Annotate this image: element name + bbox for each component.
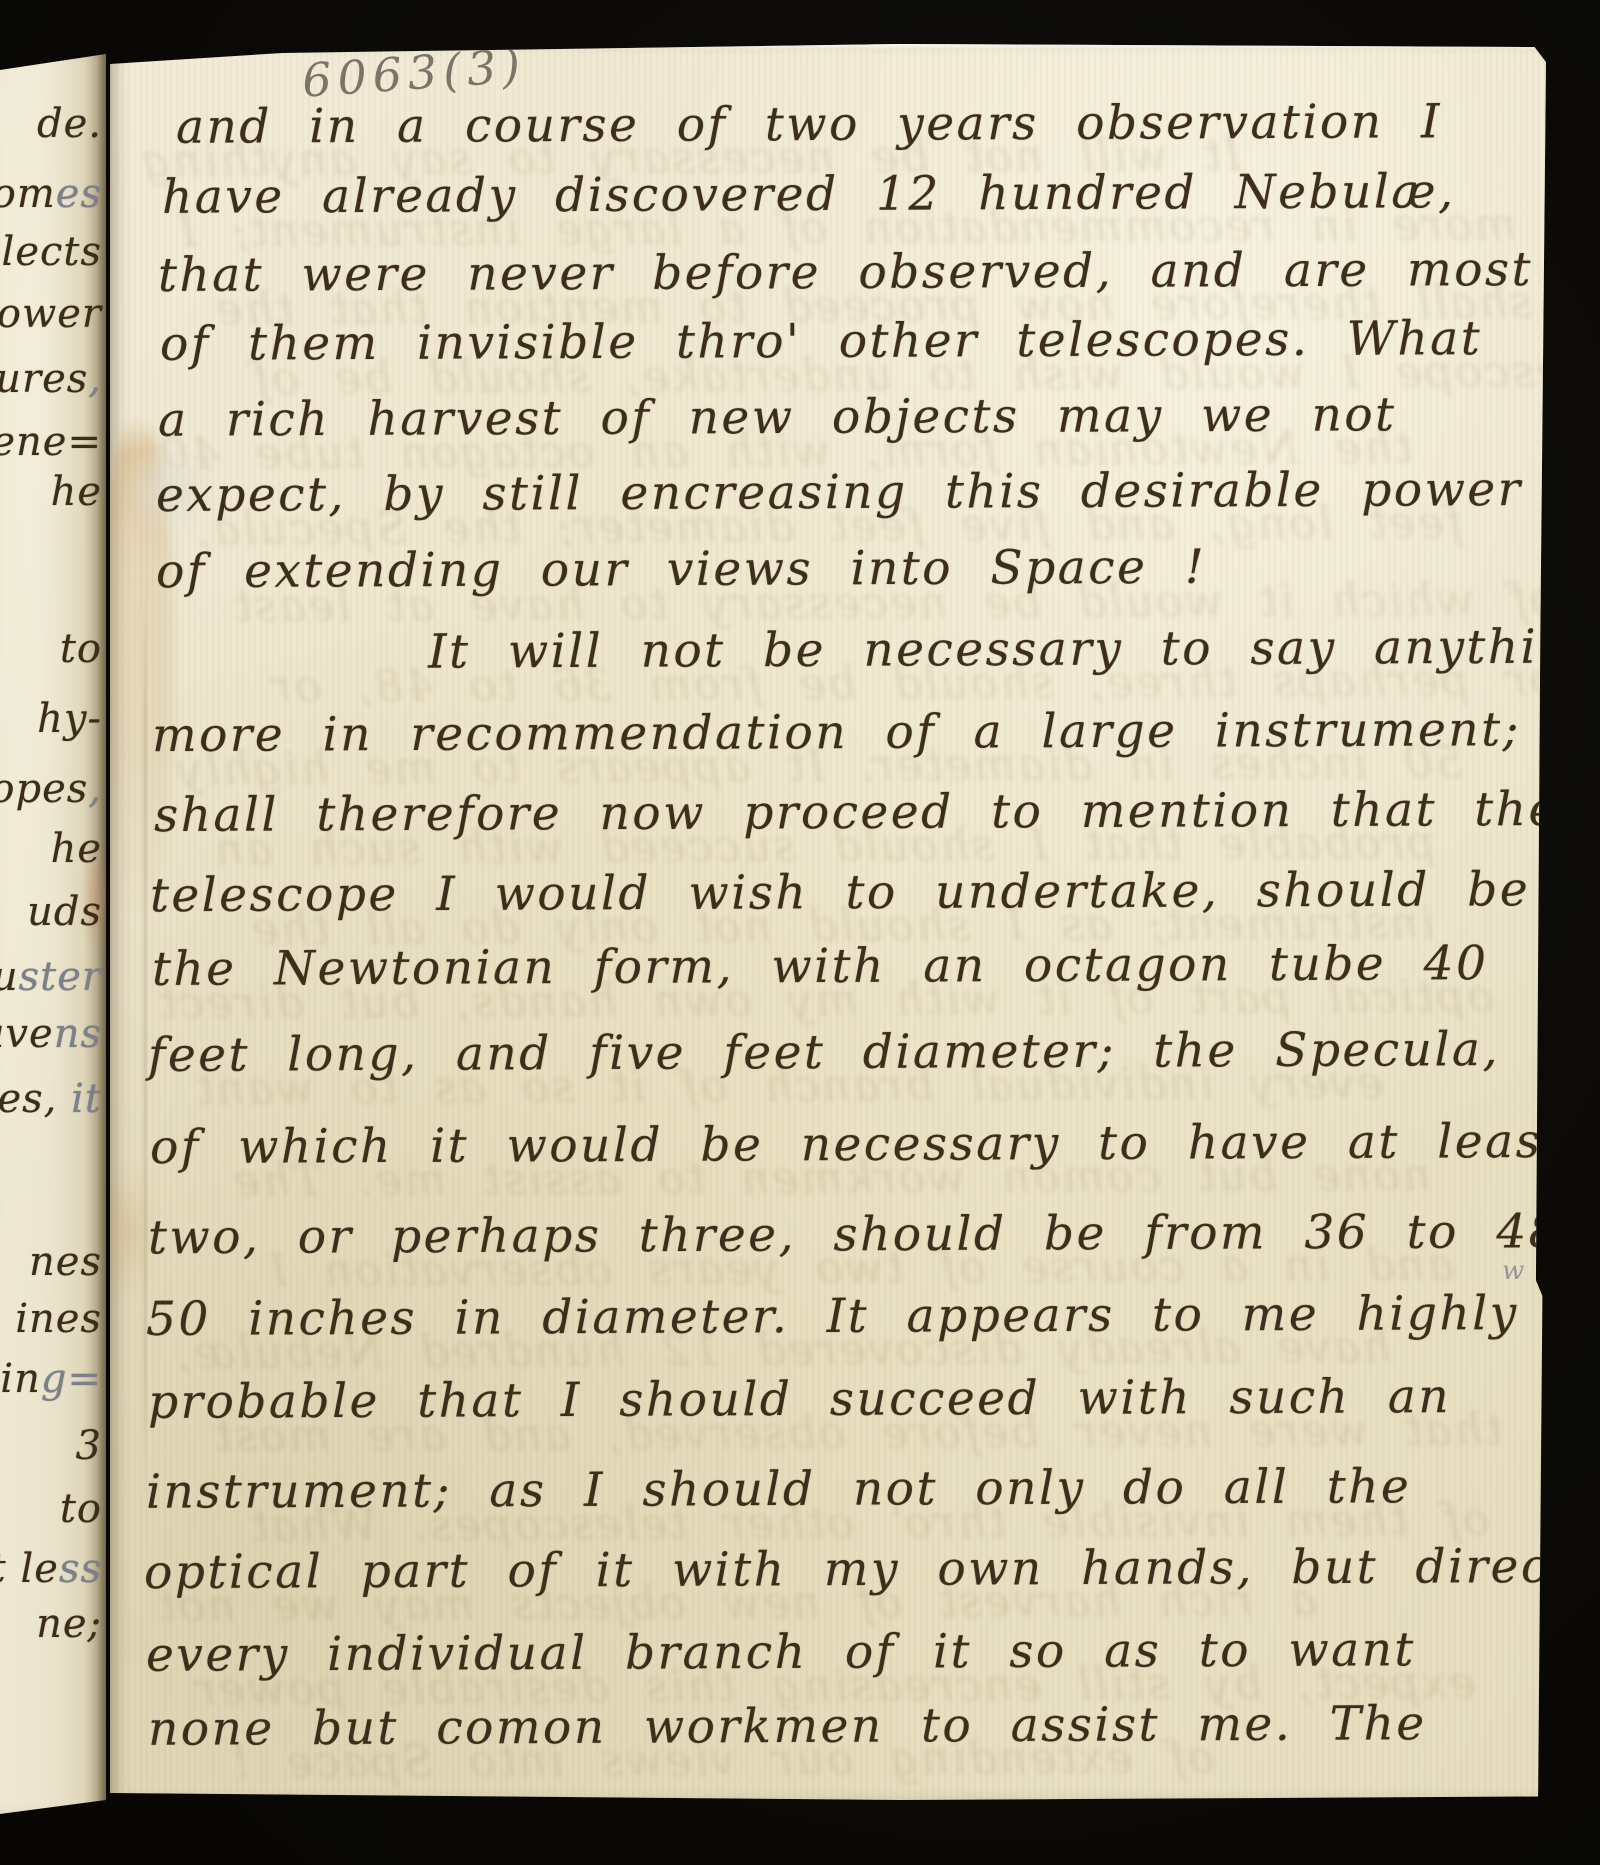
facing-page-word: ines: [15, 1299, 102, 1339]
manuscript-line: two, or perhaps three, should be from 36…: [148, 1208, 1600, 1262]
facing-page-word: rtures,: [0, 359, 102, 399]
facing-page-word-ink: ordin: [0, 1356, 41, 1402]
facing-page-word-pencil: es: [56, 171, 102, 217]
facing-page-word: ot less: [0, 1549, 102, 1589]
facing-page-word-ink: heave: [0, 1011, 54, 1057]
manuscript-line: none but comon workmen to assist me. The: [148, 1700, 1427, 1753]
facing-page-word-pencil: ns: [54, 1011, 102, 1057]
facing-page-word: he: [51, 829, 102, 869]
margin-pencil-mark: w: [1502, 1256, 1524, 1286]
manuscript-line: of which it would be necessary to have a…: [150, 1118, 1564, 1171]
facing-page-word-pencil: it: [57, 1076, 102, 1122]
facing-page-word: es, it: [0, 1079, 102, 1119]
facing-page-word-ink: ne;: [36, 1601, 102, 1647]
facing-page-word: he: [51, 472, 102, 512]
facing-page-word-ink: ollects: [0, 229, 102, 275]
facing-page-word: ording=: [0, 1359, 102, 1399]
manuscript-line: expect, by still encreasing this desirab…: [156, 466, 1523, 519]
facing-page-word: ene=: [0, 422, 102, 462]
facing-page-word: 3: [76, 1426, 102, 1466]
facing-page-word-pencil: ,: [88, 766, 102, 812]
manuscript-line: It will not be necessary to say anything: [428, 623, 1600, 675]
facing-page-word-ink: to: [60, 1486, 102, 1532]
facing-page-word-ink: de.: [37, 101, 102, 147]
manuscript-line: probable that I should succeed with such…: [148, 1373, 1451, 1426]
manuscript-line: shall therefore now proceed to mention t…: [154, 786, 1559, 839]
manuscript-line: of them invisible thro' other telescopes…: [160, 315, 1482, 368]
photo-background: de.becomesollectsowerrtures,ene=hetohy-c…: [0, 0, 1600, 1865]
facing-page-word-ink: he: [51, 469, 102, 515]
facing-page-word-ink: ines: [15, 1296, 102, 1342]
facing-page-word-ink: rtures: [0, 356, 88, 402]
facing-page-word-ink: es,: [0, 1076, 57, 1122]
facing-page-word-ink: ot le: [0, 1546, 59, 1592]
facing-page-word-ink: uds: [27, 889, 102, 935]
facing-page-word-ink: nes: [29, 1239, 102, 1285]
manuscript-line: of extending our views into Space !: [156, 544, 1206, 596]
manuscript-line: every individual branch of it so as to w…: [146, 1626, 1416, 1679]
facing-page-word-pencil: ster: [19, 954, 102, 1000]
facing-page-word-ink: to: [60, 626, 102, 672]
facing-page-word: ower: [0, 294, 102, 334]
facing-page-word-ink: copes: [0, 766, 88, 812]
facing-page-word: to: [60, 1489, 102, 1529]
facing-page-word: to: [60, 629, 102, 669]
facing-page-word-pencil: ss: [59, 1546, 102, 1592]
manuscript-line: 50 inches in diameter. It appears to me …: [146, 1290, 1519, 1343]
manuscript-line: telescope I would wish to undertake, sho…: [150, 866, 1600, 919]
facing-page-word-pencil: ,: [88, 356, 102, 402]
facing-page-word-ink: ene=: [0, 419, 102, 465]
manuscript-page: It will not be necessary to say anything…: [110, 44, 1546, 1800]
manuscript-line: the Newtonian form, with an octagon tube…: [152, 940, 1489, 993]
facing-page-word-ink: he: [51, 826, 102, 872]
manuscript-line: optical part of it with my own hands, bu…: [144, 1543, 1571, 1596]
facing-page-word: cluster: [0, 957, 102, 997]
facing-page-word-ink: 3: [76, 1423, 102, 1469]
facing-page-word-ink: hy-: [37, 696, 102, 742]
facing-page-word-ink: becom: [0, 171, 56, 217]
manuscript-line: that were never before observed, and are…: [158, 246, 1533, 299]
facing-page-word-ink: clu: [0, 954, 19, 1000]
facing-page-word: copes,: [0, 769, 102, 809]
text-layer: and in a course of two years observation…: [110, 44, 1546, 1800]
manuscript-line: have already discovered 12 hundred Nebul…: [162, 168, 1456, 221]
facing-page-word: hy-: [37, 699, 102, 739]
facing-page-word: ollects: [0, 232, 102, 272]
facing-page-word: nes: [29, 1242, 102, 1282]
facing-page-word: de.: [37, 104, 102, 144]
facing-page-edge: de.becomesollectsowerrtures,ene=hetohy-c…: [0, 50, 106, 1816]
facing-page-word: uds: [27, 892, 102, 932]
manuscript-line: more in recommendation of a large instru…: [152, 706, 1580, 759]
facing-page-word: heavens: [0, 1014, 102, 1054]
facing-page-word-ink: ower: [0, 291, 102, 337]
facing-page-word: ne;: [36, 1604, 102, 1644]
manuscript-line: instrument; as I should not only do all …: [146, 1463, 1411, 1516]
facing-page-word-pencil: g=: [41, 1356, 102, 1402]
facing-page-word: becomes: [0, 174, 102, 214]
manuscript-line: feet long, and five feet diameter; the S…: [148, 1026, 1500, 1079]
manuscript-line: a rich harvest of new objects may we not: [158, 391, 1397, 443]
manuscript-line: and in a course of two years observation…: [176, 98, 1442, 151]
